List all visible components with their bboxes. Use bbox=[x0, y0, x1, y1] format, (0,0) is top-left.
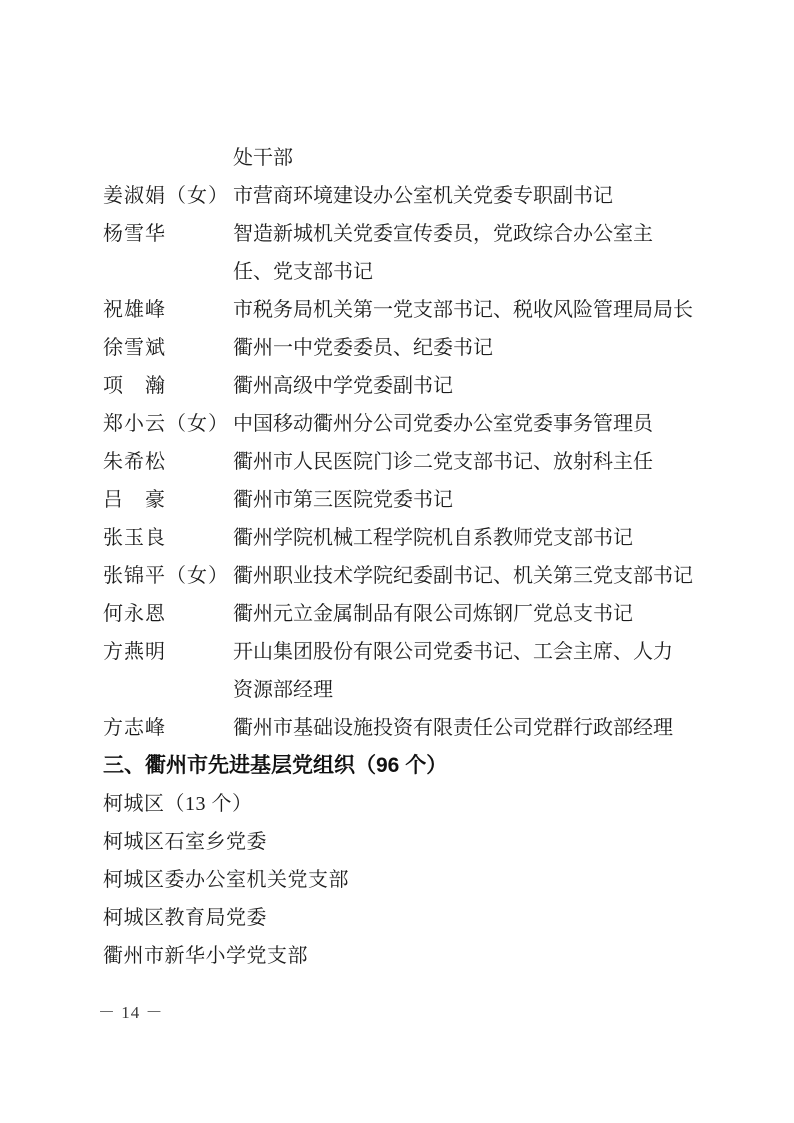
award-entry: 吕 豪 衢州市第三医院党委书记 bbox=[103, 481, 703, 519]
awardee-name: 张玉良 bbox=[103, 519, 233, 557]
awardee-title: 衢州市基础设施投资有限责任公司党群行政部经理 bbox=[233, 709, 703, 747]
org-groups-list: 柯城区（13 个） 柯城区石室乡党委 柯城区委办公室机关党支部 柯城区教育局党委… bbox=[103, 785, 703, 975]
awardee-title: 衢州元立金属制品有限公司炼钢厂党总支书记 bbox=[233, 595, 703, 633]
awardee-name: 朱希松 bbox=[103, 443, 233, 481]
awardee-name: 方燕明 bbox=[103, 633, 233, 671]
awardee-title: 市营商环境建设办公室机关党委专职副书记 bbox=[233, 177, 703, 215]
org-item: 柯城区石室乡党委 bbox=[103, 823, 703, 861]
award-entry: 方燕明 开山集团股份有限公司党委书记、工会主席、人力 资源部经理 bbox=[103, 633, 703, 709]
award-entry: 何永恩 衢州元立金属制品有限公司炼钢厂党总支书记 bbox=[103, 595, 703, 633]
awardee-entries-list: 姜淑娟（女） 市营商环境建设办公室机关党委专职副书记 杨雪华 智造新城机关党委宣… bbox=[103, 177, 703, 747]
awardee-title: 市税务局机关第一党支部书记、税收风险管理局局长 bbox=[233, 291, 703, 329]
org-group: 柯城区（13 个） 柯城区石室乡党委 柯城区委办公室机关党支部 柯城区教育局党委… bbox=[103, 785, 703, 975]
award-entry: 杨雪华 智造新城机关党委宣传委员，党政综合办公室主 任、党支部书记 bbox=[103, 215, 703, 291]
org-item: 柯城区委办公室机关党支部 bbox=[103, 861, 703, 899]
section-heading: 三、衢州市先进基层党组织（96 个） bbox=[103, 747, 703, 785]
awardee-title: 衢州职业技术学院纪委副书记、机关第三党支部书记 bbox=[233, 557, 703, 595]
awardee-name: 何永恩 bbox=[103, 595, 233, 633]
awardee-title: 衢州市第三医院党委书记 bbox=[233, 481, 703, 519]
awardee-name: 姜淑娟（女） bbox=[103, 177, 233, 215]
document-body: 处干部 姜淑娟（女） 市营商环境建设办公室机关党委专职副书记 杨雪华 智造新城机… bbox=[103, 139, 703, 975]
awardee-name: 项 瀚 bbox=[103, 367, 233, 405]
awardee-title: 智造新城机关党委宣传委员，党政综合办公室主 任、党支部书记 bbox=[233, 215, 703, 291]
award-entry: 张锦平（女） 衢州职业技术学院纪委副书记、机关第三党支部书记 bbox=[103, 557, 703, 595]
awardee-name: 杨雪华 bbox=[103, 215, 233, 253]
org-group-items: 柯城区石室乡党委 柯城区委办公室机关党支部 柯城区教育局党委 衢州市新华小学党支… bbox=[103, 823, 703, 975]
awardee-name: 方志峰 bbox=[103, 709, 233, 747]
awardee-title: 开山集团股份有限公司党委书记、工会主席、人力 资源部经理 bbox=[233, 633, 703, 709]
award-entry: 项 瀚 衢州高级中学党委副书记 bbox=[103, 367, 703, 405]
award-entry: 徐雪斌 衢州一中党委委员、纪委书记 bbox=[103, 329, 703, 367]
page-number: － 14 － bbox=[98, 1002, 164, 1024]
award-entry: 郑小云（女） 中国移动衢州分公司党委办公室党委事务管理员 bbox=[103, 405, 703, 443]
entry-continuation: 处干部 bbox=[103, 139, 703, 177]
continuation-text: 处干部 bbox=[233, 139, 703, 177]
awardee-title: 衢州高级中学党委副书记 bbox=[233, 367, 703, 405]
awardee-title: 衢州学院机械工程学院机自系教师党支部书记 bbox=[233, 519, 703, 557]
org-item: 柯城区教育局党委 bbox=[103, 899, 703, 937]
award-entry: 张玉良 衢州学院机械工程学院机自系教师党支部书记 bbox=[103, 519, 703, 557]
awardee-name: 徐雪斌 bbox=[103, 329, 233, 367]
org-group-label: 柯城区（13 个） bbox=[103, 785, 703, 823]
awardee-title: 衢州市人民医院门诊二党支部书记、放射科主任 bbox=[233, 443, 703, 481]
awardee-name: 郑小云（女） bbox=[103, 405, 233, 443]
awardee-name: 吕 豪 bbox=[103, 481, 233, 519]
award-entry: 方志峰 衢州市基础设施投资有限责任公司党群行政部经理 bbox=[103, 709, 703, 747]
award-entry: 祝雄峰 市税务局机关第一党支部书记、税收风险管理局局长 bbox=[103, 291, 703, 329]
award-entry: 朱希松 衢州市人民医院门诊二党支部书记、放射科主任 bbox=[103, 443, 703, 481]
award-entry: 姜淑娟（女） 市营商环境建设办公室机关党委专职副书记 bbox=[103, 177, 703, 215]
document-page: 处干部 姜淑娟（女） 市营商环境建设办公室机关党委专职副书记 杨雪华 智造新城机… bbox=[0, 0, 794, 1123]
awardee-name: 祝雄峰 bbox=[103, 291, 233, 329]
awardee-title: 衢州一中党委委员、纪委书记 bbox=[233, 329, 703, 367]
org-item: 衢州市新华小学党支部 bbox=[103, 937, 703, 975]
awardee-title: 中国移动衢州分公司党委办公室党委事务管理员 bbox=[233, 405, 703, 443]
awardee-name: 张锦平（女） bbox=[103, 557, 233, 595]
